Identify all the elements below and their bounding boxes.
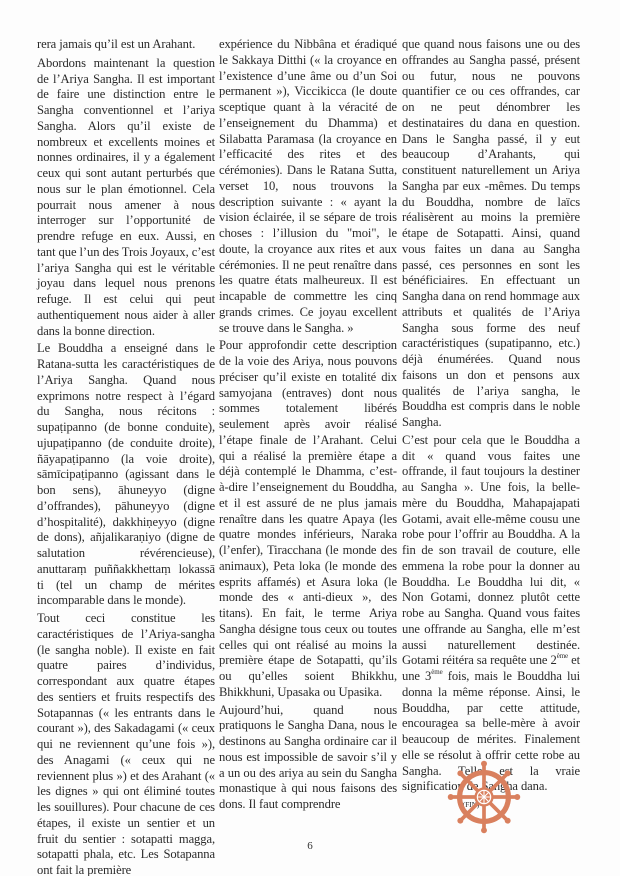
superscript: ème xyxy=(557,652,568,660)
paragraph: Pour approfondir cette description de la… xyxy=(219,338,397,700)
paragraph: C’est pour cela que le Bouddha a dit « q… xyxy=(402,433,580,795)
text-column-1: rera jamais qu’il est un Arahant. Abordo… xyxy=(37,37,215,876)
paragraph: Abordons maintenant la question de l’Ari… xyxy=(37,56,215,340)
paragraph: expérience du Nibbâna et éradiqué le Sak… xyxy=(219,37,397,336)
paragraph: rera jamais qu’il est un Arahant. xyxy=(37,37,215,53)
paragraph: Le Bouddha a enseigné dans le Ratana-sut… xyxy=(37,341,215,609)
text-run: C’est pour cela que le Bouddha a dit « q… xyxy=(402,433,580,668)
document-page: rera jamais qu’il est un Arahant. Abordo… xyxy=(0,0,620,876)
superscript: ème xyxy=(431,668,442,676)
paragraph: Tout ceci constitue les caractéristiques… xyxy=(37,611,215,876)
text-column-3: que quand nous faisons une ou des offran… xyxy=(402,37,580,813)
dharma-wheel-icon xyxy=(447,760,521,834)
text-column-2: expérience du Nibbâna et éradiqué le Sak… xyxy=(219,37,397,815)
page-number: 6 xyxy=(0,840,620,852)
paragraph: que quand nous faisons une ou des offran… xyxy=(402,37,580,431)
